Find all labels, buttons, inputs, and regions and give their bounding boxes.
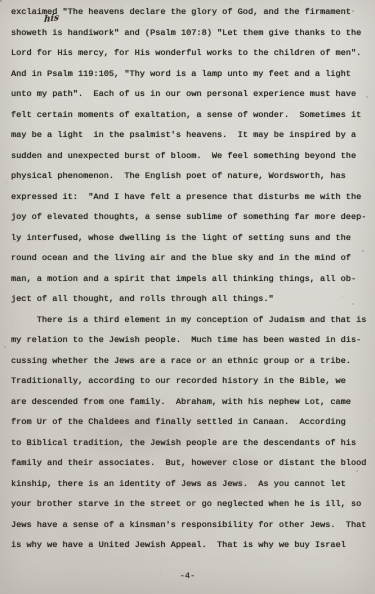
text-line: Traditionally, according to our recorded… [11,371,367,392]
text-line: Lord for His mercy, for His wonderful wo… [11,43,367,64]
text-line: my relation to the Jewish people. Much t… [11,330,367,351]
text-line: kinship, there is an identity of Jews as… [11,474,367,495]
text-line: And in Psalm 119:105, "Thy word is a lam… [11,64,367,85]
text-line: man, a motion and a spirit that impels a… [11,269,367,290]
text-line: unto my path". Each of us in our own per… [11,84,367,105]
text-line: physical phenomenon. The English poet of… [11,166,367,187]
text-line: felt certain moments of exaltation, a se… [11,105,367,126]
text-line: round ocean and the living air and the b… [11,248,367,269]
scanned-document-page: exclaimed "The heavens declare the glory… [0,0,375,594]
text-line: from Ur of the Chaldees and finally sett… [11,412,367,433]
text-line: may be a light in the psalmist's heavens… [11,125,367,146]
page-number: -4- [0,571,375,581]
text-line: There is a third element in my conceptio… [11,310,367,331]
text-line: to Biblical tradition, the Jewish people… [11,433,367,454]
text-line: showeth is handiwork" and (Psalm 107:8) … [11,23,367,44]
text-line: Jews have a sense of a kinsman's respons… [11,515,367,536]
text-line: is why we have a United Jewish Appeal. T… [11,535,367,556]
text-line: joy of elevated thoughts, a sense sublim… [11,207,367,228]
text-line: cussing whether the Jews are a race or a… [11,351,367,372]
typewritten-text-block: exclaimed "The heavens declare the glory… [11,2,367,556]
text-line: family and their associates. But, howeve… [11,453,367,474]
text-line: ly interfused, whose dwelling is the lig… [11,228,367,249]
text-line: are descended from one family. Abraham, … [11,392,367,413]
text-line: sudden and unexpected burst of bloom. We… [11,146,367,167]
text-line: ject of all thought, and rolls through a… [11,289,367,310]
text-line: your brother starve in the street or go … [11,494,367,515]
text-line: expressed it: "And I have felt a presenc… [11,187,367,208]
text-line: exclaimed "The heavens declare the glory… [11,2,367,23]
